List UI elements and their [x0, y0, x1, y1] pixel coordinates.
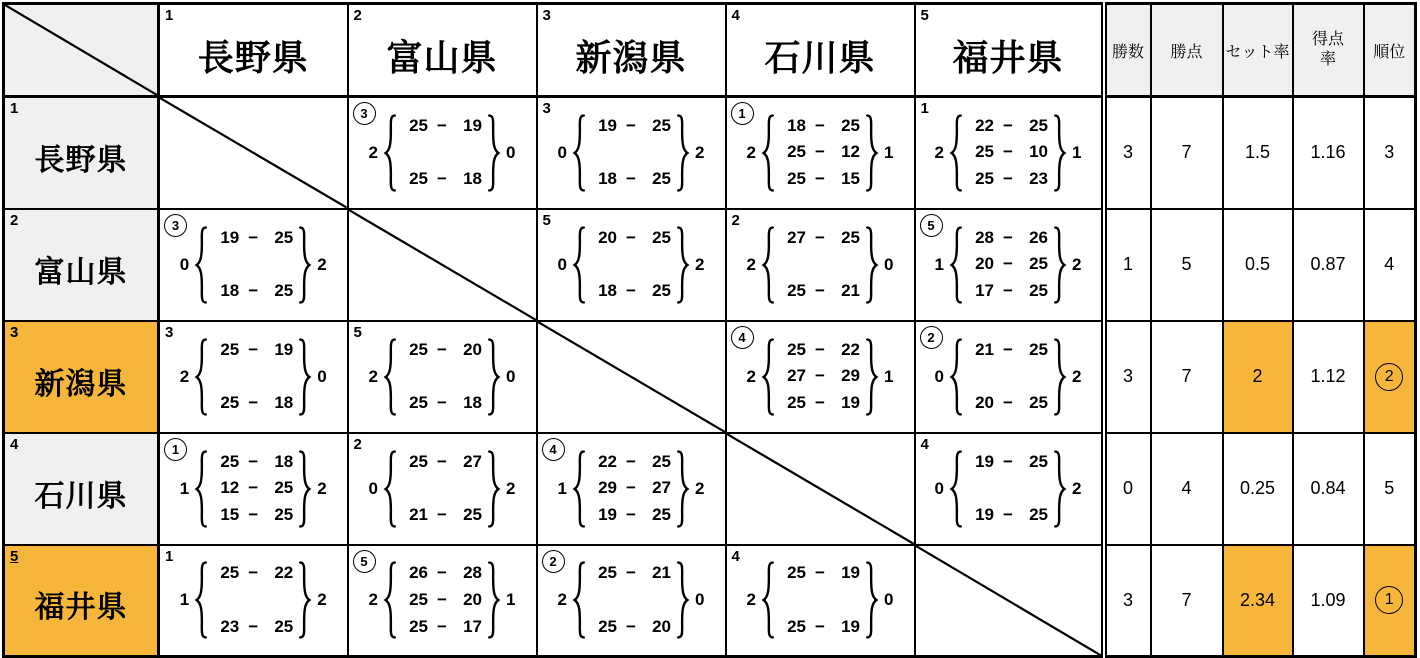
stat-cell-4: 1	[1364, 545, 1416, 657]
score-dash: −	[428, 591, 456, 610]
row-header-福井県: 5福井県	[4, 545, 159, 657]
score-right: 20	[645, 618, 671, 637]
set-count-right: 0	[884, 590, 893, 610]
score-right: 25	[1022, 453, 1048, 472]
score-dash: −	[239, 506, 267, 525]
stat-cell-3: 0.87	[1293, 209, 1364, 321]
match-result: 122−2529−2719−252	[538, 450, 725, 528]
set-count-left: 1	[180, 479, 189, 499]
stat-cell-4: 4	[1364, 209, 1416, 321]
score-right: 25	[1022, 282, 1048, 301]
set-scores: 28−2620−2517−25	[968, 229, 1048, 301]
set-count-right: 2	[695, 143, 704, 163]
score-right: 25	[267, 229, 293, 248]
left-brace	[761, 226, 775, 304]
stat-header-0: 勝数	[1104, 4, 1151, 97]
score-dash: −	[239, 282, 267, 301]
score-left: 25	[968, 170, 994, 189]
score-dash: −	[617, 282, 645, 301]
score-left: 17	[968, 282, 994, 301]
diagonal-cell	[159, 97, 348, 209]
row-header-富山県: 2富山県	[4, 209, 159, 321]
row-number: 3	[10, 325, 18, 340]
right-brace	[298, 338, 312, 416]
set-count-right: 1	[1072, 143, 1081, 163]
col-number: 1	[165, 8, 173, 23]
score-dash: −	[428, 341, 456, 360]
set-count-right: 0	[506, 367, 515, 387]
score-right: 27	[645, 479, 671, 498]
stat-value: 7	[1152, 590, 1222, 611]
score-left: 25	[213, 564, 239, 583]
stat-cell-0: 1	[1104, 209, 1151, 321]
score-left: 23	[213, 618, 239, 637]
diagonal-line	[349, 210, 536, 320]
col-number: 3	[543, 8, 551, 23]
score-right: 25	[267, 506, 293, 525]
col-team-name: 富山県	[349, 20, 536, 81]
col-header-新潟県: 3新潟県	[537, 4, 726, 97]
score-dash: −	[806, 564, 834, 583]
row-number: 5	[10, 549, 18, 564]
score-right: 22	[267, 564, 293, 583]
set-count-right: 2	[317, 255, 326, 275]
match-result: 227−2525−210	[727, 226, 914, 304]
stat-header-label: 得点率	[1310, 30, 1346, 70]
left-brace	[572, 226, 586, 304]
set-score-row: 25−18	[213, 453, 293, 472]
row-team-name: 富山県	[5, 239, 157, 291]
score-dash: −	[994, 170, 1022, 189]
match-number: 2	[732, 213, 740, 228]
score-dash: −	[428, 117, 456, 136]
set-score-row: 18−25	[591, 170, 671, 189]
stat-value: 4	[1365, 254, 1415, 275]
score-dash: −	[806, 170, 834, 189]
stat-value: 2.34	[1224, 590, 1292, 611]
score-right: 15	[834, 170, 860, 189]
score-right: 18	[456, 394, 482, 413]
match-result: 125−2223−252	[160, 561, 347, 639]
set-count-right: 2	[1072, 255, 1081, 275]
diagonal-cell	[348, 209, 537, 321]
set-score-row: 21−25	[402, 506, 482, 525]
score-left: 18	[591, 282, 617, 301]
match-cell: 2025−2721−252	[348, 433, 537, 545]
row-team-name: 新潟県	[5, 351, 157, 403]
match-number: 5	[354, 325, 362, 340]
set-count-left: 1	[180, 590, 189, 610]
row-header-石川県: 4石川県	[4, 433, 159, 545]
score-dash: −	[428, 170, 456, 189]
right-brace	[676, 114, 690, 192]
stat-value: 2	[1224, 366, 1292, 387]
set-score-row: 20−25	[968, 394, 1048, 413]
match-result: 225−1925−180	[349, 114, 536, 192]
left-brace	[383, 561, 397, 639]
match-cell: 3019−2518−252	[159, 209, 348, 321]
stat-value: 0.25	[1224, 478, 1292, 499]
set-score-row: 25−18	[402, 170, 482, 189]
match-result: 025−2721−252	[349, 450, 536, 528]
right-brace	[298, 561, 312, 639]
score-dash: −	[617, 170, 645, 189]
match-number-circled: 2	[542, 550, 565, 573]
score-right: 27	[456, 453, 482, 472]
set-score-row: 25−15	[780, 170, 860, 189]
score-left: 20	[968, 255, 994, 274]
score-dash: −	[239, 394, 267, 413]
match-number: 4	[921, 437, 929, 452]
match-cell: 1218−2525−1225−151	[726, 97, 915, 209]
score-left: 20	[591, 229, 617, 248]
stat-value: 4	[1152, 478, 1222, 499]
set-count-left: 2	[747, 143, 756, 163]
match-result: 020−2518−252	[538, 226, 725, 304]
right-brace	[1053, 450, 1067, 528]
match-cell: 3225−1925−180	[159, 321, 348, 433]
set-count-right: 2	[695, 255, 704, 275]
match-result: 021−2520−252	[916, 338, 1101, 416]
set-score-row: 25−12	[780, 143, 860, 162]
left-brace	[194, 338, 208, 416]
score-dash: −	[617, 506, 645, 525]
set-count-right: 2	[317, 479, 326, 499]
match-number: 1	[165, 549, 173, 564]
score-dash: −	[617, 618, 645, 637]
diagonal-cell	[726, 433, 915, 545]
rank-circled-value: 1	[1375, 586, 1403, 614]
set-score-row: 25−19	[780, 394, 860, 413]
match-cell: 5225−2025−180	[348, 321, 537, 433]
set-count-right: 0	[506, 143, 515, 163]
stat-value: 1.16	[1294, 142, 1363, 163]
row-header-新潟県: 3新潟県	[4, 321, 159, 433]
row-team-name: 長野県	[5, 127, 157, 179]
left-brace	[194, 561, 208, 639]
set-scores: 25−2025−18	[402, 341, 482, 413]
score-dash: −	[806, 282, 834, 301]
score-right: 21	[834, 282, 860, 301]
score-dash: −	[617, 564, 645, 583]
match-result: 222−2525−1025−231	[916, 114, 1101, 192]
score-left: 26	[402, 564, 428, 583]
score-right: 22	[834, 341, 860, 360]
score-dash: −	[239, 229, 267, 248]
set-score-row: 12−25	[213, 479, 293, 498]
set-count-left: 2	[369, 590, 378, 610]
stat-header-2: セット率	[1223, 4, 1293, 97]
score-left: 25	[780, 618, 806, 637]
score-left: 18	[591, 170, 617, 189]
set-count-right: 0	[884, 255, 893, 275]
score-right: 19	[456, 117, 482, 136]
match-number-circled: 5	[920, 214, 943, 237]
stat-value: 3	[1107, 590, 1150, 611]
match-number-circled: 3	[164, 214, 187, 237]
match-number: 5	[543, 213, 551, 228]
set-score-row: 22−25	[591, 453, 671, 472]
row-number: 1	[10, 101, 18, 116]
score-left: 25	[591, 564, 617, 583]
team-row-富山県: 2富山県3019−2518−2525020−2518−2522227−2525−…	[4, 209, 1416, 321]
score-right: 21	[645, 564, 671, 583]
right-brace	[676, 561, 690, 639]
score-dash: −	[994, 117, 1022, 136]
set-count-left: 2	[369, 367, 378, 387]
set-score-row: 15−25	[213, 506, 293, 525]
match-cell: 3019−2518−252	[537, 97, 726, 209]
score-dash: −	[994, 143, 1022, 162]
left-brace	[761, 561, 775, 639]
stat-header-label: 勝点	[1170, 44, 1202, 61]
set-count-left: 0	[558, 255, 567, 275]
score-left: 18	[780, 117, 806, 136]
left-brace	[194, 450, 208, 528]
set-scores: 25−1925−18	[402, 117, 482, 189]
score-left: 21	[968, 341, 994, 360]
row-team-name: 石川県	[5, 463, 157, 515]
score-right: 25	[834, 229, 860, 248]
score-right: 25	[267, 282, 293, 301]
set-scores: 18−2525−1225−15	[780, 117, 860, 189]
set-count-left: 0	[935, 367, 944, 387]
stat-cell-3: 1.16	[1293, 97, 1364, 209]
set-score-row: 19−25	[213, 229, 293, 248]
set-scores: 25−2125−20	[591, 564, 671, 636]
stat-value: 5	[1365, 478, 1415, 499]
set-scores: 19−2518−25	[591, 117, 671, 189]
score-left: 21	[402, 506, 428, 525]
match-number-circled: 1	[164, 438, 187, 461]
score-left: 25	[780, 564, 806, 583]
tournament-crosstable: 1長野県2富山県3新潟県4石川県5福井県勝数勝点セット率得点率順位 1長野県32…	[2, 2, 1417, 658]
stat-value: 1.09	[1294, 590, 1363, 611]
set-count-left: 2	[369, 143, 378, 163]
stat-cell-4: 2	[1364, 321, 1416, 433]
set-count-right: 2	[1072, 367, 1081, 387]
score-right: 10	[1022, 143, 1048, 162]
score-dash: −	[994, 255, 1022, 274]
stat-cell-2: 1.5	[1223, 97, 1293, 209]
score-right: 12	[834, 143, 860, 162]
score-left: 25	[402, 170, 428, 189]
corner-diagonal-line	[5, 5, 157, 95]
score-dash: −	[994, 282, 1022, 301]
score-right: 20	[456, 341, 482, 360]
score-dash: −	[806, 117, 834, 136]
set-score-row: 25−17	[402, 618, 482, 637]
score-right: 29	[834, 367, 860, 386]
stat-cell-3: 0.84	[1293, 433, 1364, 545]
score-dash: −	[617, 229, 645, 248]
set-score-row: 20−25	[591, 229, 671, 248]
stat-cell-1: 7	[1151, 97, 1223, 209]
left-brace	[383, 114, 397, 192]
col-header-長野県: 1長野県	[159, 4, 348, 97]
set-score-row: 20−25	[968, 255, 1048, 274]
row-number: 4	[10, 437, 18, 452]
set-count-left: 0	[369, 479, 378, 499]
score-dash: −	[994, 394, 1022, 413]
score-left: 25	[780, 341, 806, 360]
stat-cell-1: 7	[1151, 545, 1223, 657]
match-number: 3	[543, 101, 551, 116]
score-left: 19	[591, 117, 617, 136]
match-result: 225−1925−190	[727, 561, 914, 639]
score-right: 26	[1022, 229, 1048, 248]
set-score-row: 25−18	[213, 394, 293, 413]
set-count-right: 2	[695, 479, 704, 499]
score-left: 25	[402, 394, 428, 413]
stat-value: 1.5	[1224, 142, 1292, 163]
match-result: 225−2227−2925−191	[727, 338, 914, 416]
match-cell: 4225−2227−2925−191	[726, 321, 915, 433]
stat-header-4: 順位	[1364, 4, 1416, 97]
score-right: 25	[267, 479, 293, 498]
score-left: 25	[780, 170, 806, 189]
set-count-left: 2	[935, 143, 944, 163]
set-score-row: 25−27	[402, 453, 482, 472]
score-dash: −	[994, 506, 1022, 525]
team-row-福井県: 5福井県1125−2223−2525226−2825−2025−1712225−…	[4, 545, 1416, 657]
match-result: 225−2125−200	[538, 561, 725, 639]
score-dash: −	[428, 564, 456, 583]
match-cell: 2227−2525−210	[726, 209, 915, 321]
stat-header-1: 勝点	[1151, 4, 1223, 97]
set-score-row: 18−25	[213, 282, 293, 301]
left-brace	[383, 450, 397, 528]
score-dash: −	[617, 453, 645, 472]
score-dash: −	[994, 341, 1022, 360]
match-cell: 4019−2519−252	[915, 433, 1104, 545]
score-right: 18	[456, 170, 482, 189]
stat-value: 1.12	[1294, 366, 1363, 387]
right-brace	[487, 114, 501, 192]
match-result: 019−2519−252	[916, 450, 1101, 528]
left-brace	[572, 450, 586, 528]
set-scores: 25−2721−25	[402, 453, 482, 525]
set-scores: 22−2525−1025−23	[968, 117, 1048, 189]
stat-cell-0: 3	[1104, 97, 1151, 209]
match-number: 2	[354, 437, 362, 452]
set-scores: 25−1925−19	[780, 564, 860, 636]
set-score-row: 19−25	[591, 506, 671, 525]
stat-cell-4: 5	[1364, 433, 1416, 545]
score-left: 12	[213, 479, 239, 498]
set-score-row: 27−25	[780, 229, 860, 248]
score-dash: −	[806, 229, 834, 248]
score-right: 18	[267, 453, 293, 472]
match-number: 4	[732, 549, 740, 564]
stat-value: 0	[1107, 478, 1150, 499]
score-dash: −	[428, 506, 456, 525]
match-result: 125−1812−2515−252	[160, 450, 347, 528]
stat-cell-0: 3	[1104, 321, 1151, 433]
score-left: 19	[591, 506, 617, 525]
score-left: 25	[780, 394, 806, 413]
match-cell: 5020−2518−252	[537, 209, 726, 321]
diagonal-line	[916, 546, 1101, 656]
col-number: 2	[354, 8, 362, 23]
score-right: 20	[456, 591, 482, 610]
team-row-新潟県: 3新潟県3225−1925−1805225−2025−1804225−2227−…	[4, 321, 1416, 433]
score-right: 25	[1022, 506, 1048, 525]
row-number: 2	[10, 213, 18, 228]
set-score-row: 25−20	[591, 618, 671, 637]
set-scores: 25−2227−2925−19	[780, 341, 860, 413]
left-brace	[761, 114, 775, 192]
match-cell: 2225−2125−200	[537, 545, 726, 657]
stat-value: 0.87	[1294, 254, 1363, 275]
score-right: 19	[834, 564, 860, 583]
score-dash: −	[806, 341, 834, 360]
score-dash: −	[994, 453, 1022, 472]
stat-cell-3: 1.12	[1293, 321, 1364, 433]
set-count-right: 0	[317, 367, 326, 387]
score-left: 25	[402, 618, 428, 637]
score-dash: −	[806, 367, 834, 386]
right-brace	[865, 561, 879, 639]
col-number: 4	[732, 8, 740, 23]
left-brace	[949, 226, 963, 304]
score-right: 19	[834, 394, 860, 413]
score-right: 25	[645, 117, 671, 136]
score-right: 28	[456, 564, 482, 583]
match-result: 226−2825−2025−171	[349, 561, 536, 639]
stat-cell-1: 4	[1151, 433, 1223, 545]
score-right: 19	[267, 341, 293, 360]
set-count-left: 1	[558, 479, 567, 499]
score-dash: −	[239, 479, 267, 498]
score-dash: −	[239, 564, 267, 583]
diagonal-cell	[915, 545, 1104, 657]
score-dash: −	[239, 618, 267, 637]
set-score-row: 25−19	[402, 117, 482, 136]
right-brace	[298, 450, 312, 528]
set-score-row: 17−25	[968, 282, 1048, 301]
score-right: 25	[1022, 394, 1048, 413]
left-brace	[949, 114, 963, 192]
match-result: 019−2518−252	[160, 226, 347, 304]
stat-value: 3	[1365, 142, 1415, 163]
match-number-circled: 5	[353, 550, 376, 573]
set-score-row: 28−26	[968, 229, 1048, 248]
set-scores: 19−2519−25	[968, 453, 1048, 525]
set-score-row: 25−23	[968, 170, 1048, 189]
right-brace	[487, 338, 501, 416]
score-right: 19	[834, 618, 860, 637]
header-row: 1長野県2富山県3新潟県4石川県5福井県勝数勝点セット率得点率順位	[4, 4, 1416, 97]
score-right: 25	[645, 506, 671, 525]
set-count-right: 1	[884, 367, 893, 387]
set-score-row: 19−25	[968, 506, 1048, 525]
stat-header-label: 順位	[1373, 44, 1405, 61]
score-left: 15	[213, 506, 239, 525]
set-score-row: 25−22	[213, 564, 293, 583]
score-right: 23	[1022, 170, 1048, 189]
stat-value: 1	[1107, 254, 1150, 275]
score-right: 25	[1022, 255, 1048, 274]
left-brace	[572, 561, 586, 639]
score-right: 25	[645, 170, 671, 189]
score-left: 28	[968, 229, 994, 248]
score-left: 25	[213, 394, 239, 413]
stat-cell-2: 0.25	[1223, 433, 1293, 545]
col-header-石川県: 4石川県	[726, 4, 915, 97]
match-result: 019−2518−252	[538, 114, 725, 192]
set-score-row: 25−10	[968, 143, 1048, 162]
